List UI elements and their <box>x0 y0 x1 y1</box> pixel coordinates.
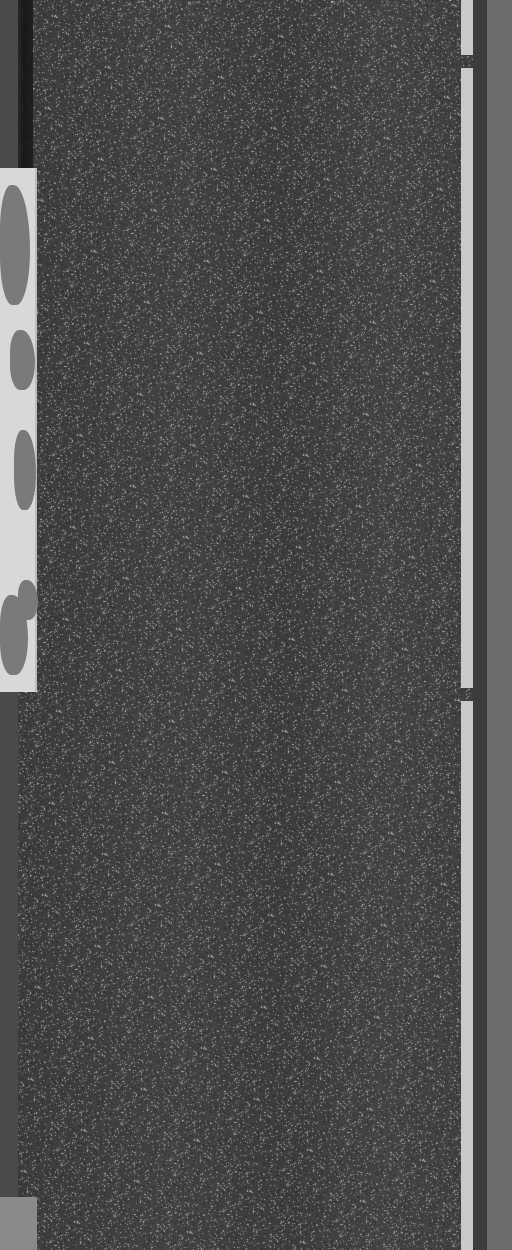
left-marking-segment <box>0 1197 37 1250</box>
lane-dash <box>461 68 473 688</box>
right-gutter <box>473 0 487 1250</box>
road-surface-scan <box>0 0 512 1250</box>
pavement-crack <box>18 0 33 168</box>
right-gravel-shoulder <box>487 0 512 1250</box>
lane-dash <box>461 701 473 1250</box>
lane-dash <box>461 0 473 55</box>
asphalt-texture <box>0 0 512 1250</box>
